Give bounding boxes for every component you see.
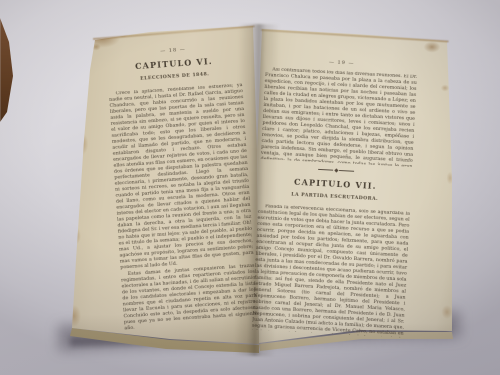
right-page-text: — 19 — Así continuaron todos los dias la…: [252, 56, 418, 337]
section-subheading-partida: LA PARTIDA ESCRUTADORA.: [259, 190, 411, 203]
left-page-text: — 18 — CAPITULO VI. ELECCIONES DE 1848. …: [106, 43, 259, 335]
chapter-heading-vii: CAPITULO VII.: [259, 174, 411, 192]
section-divider-ornament: [260, 165, 412, 176]
photo-of-open-book: — 18 — CAPITULO VI. ELECCIONES DE 1848. …: [0, 0, 500, 375]
body-paragraph: Así continuaron todos los dias las diver…: [261, 67, 418, 167]
left-page-body: Crece la ajitacion, redóblanse los esfue…: [109, 83, 259, 335]
body-paragraph: Crece la ajitacion, redóblanse los esfue…: [109, 83, 255, 271]
body-paragraph: Estas damas de juntas compusieron las tr…: [121, 264, 259, 333]
ornament-line-icon: [318, 169, 333, 171]
ornament-line-icon: [339, 170, 354, 172]
right-page-body-bottom: Pasada la efervescencia eleccionaria, so…: [252, 203, 410, 337]
section-subheading-elecciones: ELECCIONES DE 1848.: [108, 70, 242, 84]
chapter-heading-vi: CAPITULO VI.: [107, 54, 241, 73]
ornament-diamond-icon: [334, 168, 338, 172]
right-page-body-top: Así continuaron todos los dias las diver…: [261, 67, 418, 167]
wood-table-corner: [0, 16, 16, 126]
body-paragraph: Pasada la efervescencia eleccionaria, so…: [252, 203, 410, 337]
